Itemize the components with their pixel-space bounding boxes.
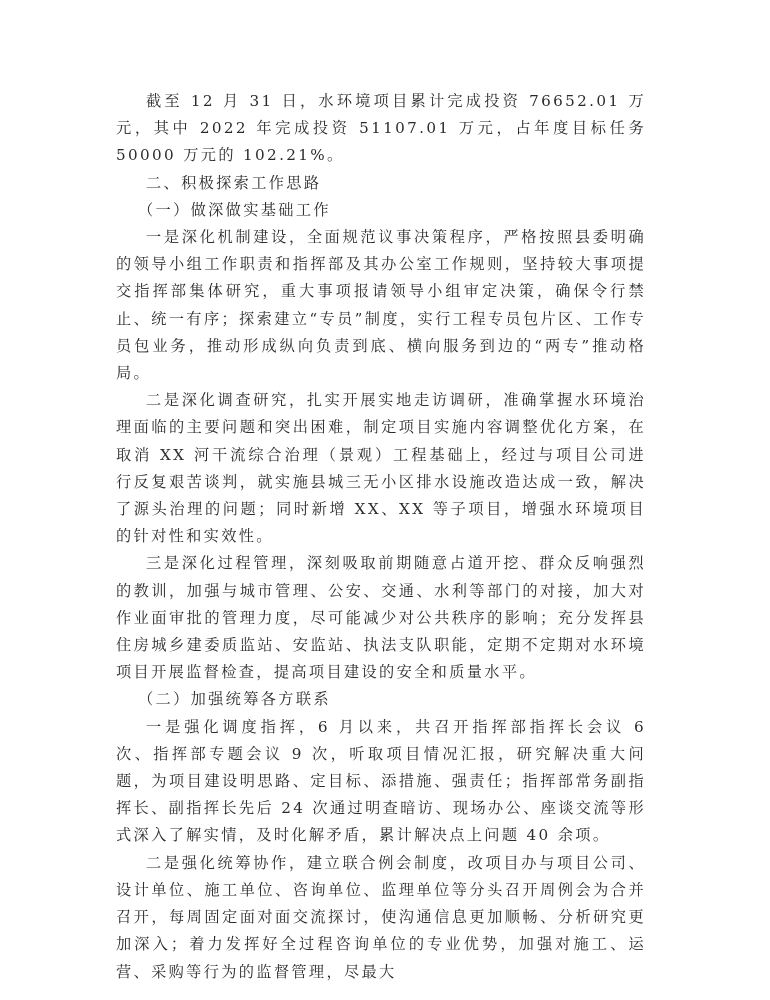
subsection-heading-coordination: （二）加强统筹各方联系 <box>116 686 646 713</box>
paragraph-mechanism-building: 一是深化机制建设，全面规范议事决策程序，严格按照县委明确的领导小组工作职责和指挥… <box>116 224 646 387</box>
paragraph-investigation-research: 二是深化调查研究，扎实开展实地走访调研，准确掌握水环境治理面临的主要问题和突出困… <box>116 387 646 550</box>
paragraph-process-management: 三是深化过程管理，深刻吸取前期随意占道开挖、群众反响强烈的教训，加强与城市管理、… <box>116 550 646 686</box>
subsection-heading-foundation-work: （一）做深做实基础工作 <box>116 197 646 224</box>
paragraph-coordination-collaboration: 二是强化统筹协作，建立联合例会制度，改项目办与项目公司、设计单位、施工单位、咨询… <box>116 850 646 986</box>
paragraph-dispatch-command: 一是强化调度指挥，6 月以来，共召开指挥部指挥长会议 6 次、指挥部专题会议 9… <box>116 714 646 850</box>
paragraph-investment-summary: 截至 12 月 31 日，水环境项目累计完成投资 76652.01 万元，其中 … <box>116 88 646 170</box>
section-heading-work-approach: 二、积极探索工作思路 <box>116 170 646 197</box>
document-page: 截至 12 月 31 日，水环境项目累计完成投资 76652.01 万元，其中 … <box>116 88 646 986</box>
